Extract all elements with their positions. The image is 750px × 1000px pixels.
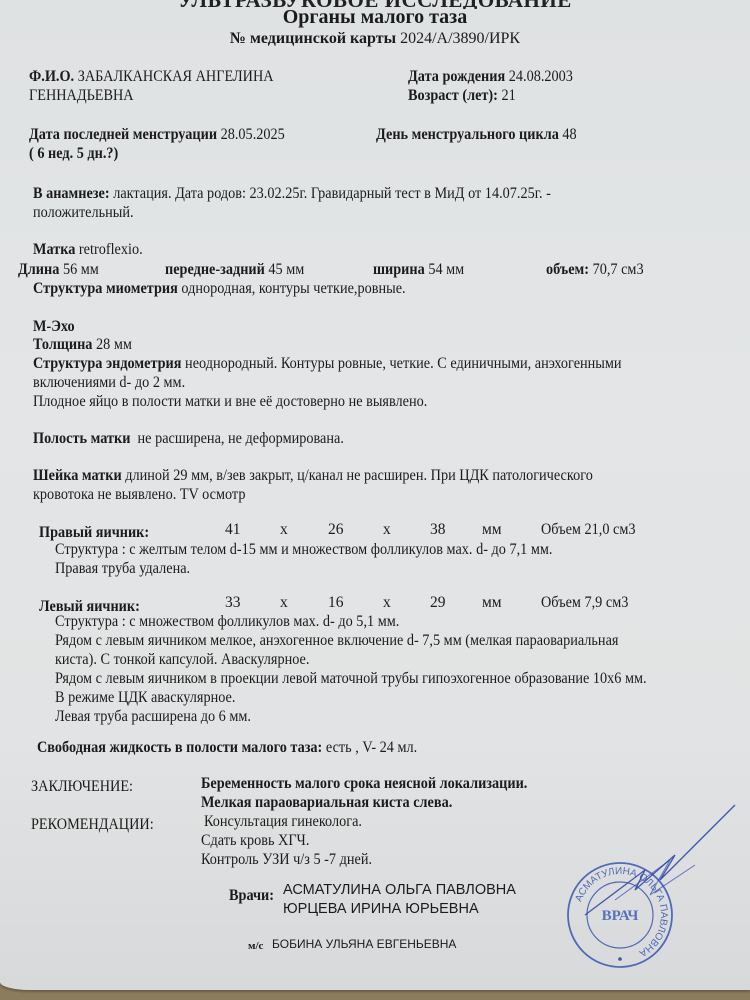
right-ovary-dim2: 26 <box>328 521 344 539</box>
thickness-label: Толщина <box>33 336 92 353</box>
left-ovary-x2: x <box>383 594 391 612</box>
left-ovary-unit: мм <box>482 594 502 612</box>
report-page: УЛЬТРАЗВУКОВОЕ ИССЛЕДОВАНИЕ Органы малог… <box>0 0 750 990</box>
right-ovary-x2: x <box>383 521 391 539</box>
right-ovary-x1: x <box>280 521 288 539</box>
recommendations-label: РЕКОМЕНДАЦИИ: <box>31 816 154 834</box>
right-ovary-structure: Структура : с желтым телом d-15 мм и мно… <box>55 541 552 559</box>
left-ovary-note-5: Левая труба расширена до 6 мм. <box>55 708 251 726</box>
anamnesis-line-1: В анамнезе: лактация. Дата родов: 23.02.… <box>33 185 551 203</box>
myometrium-value: однородная, контуры четкие,ровные. <box>181 280 405 297</box>
left-ovary-structure: Структура : с множеством фолликулов мах.… <box>55 613 399 631</box>
uterus-label: Матка <box>33 241 75 258</box>
card-number-line: № медицинской карты 2024/А/3890/ИРК <box>0 30 750 48</box>
dob-value: 24.08.2003 <box>509 68 573 85</box>
card-label: № медицинской карты <box>230 30 396 47</box>
endometrium-line-2: включениями d- до 2 мм. <box>33 374 185 392</box>
signature-icon <box>575 800 750 920</box>
nurse-name: БОБИНА УЛЬЯНА ЕВГЕНЬЕВНА <box>272 935 456 953</box>
cavity-value: не расширена, не деформирована. <box>138 430 344 447</box>
recommendation-item: Контроль УЗИ ч/з 5 -7 дней. <box>201 851 372 869</box>
cervix-line-2: кровотока не выявлено. TV осмотр <box>33 486 245 504</box>
right-ovary-volume: Объем 21,0 см3 <box>541 521 636 539</box>
anamnesis-text: лактация. Дата родов: 23.02.25г. Гравида… <box>113 185 551 202</box>
age-value: 21 <box>501 87 515 104</box>
myometrium-label: Структура миометрия <box>33 280 178 297</box>
endometrium-line-1: Структура эндометрия неоднородный. Конту… <box>33 355 622 373</box>
free-fluid-label: Свободная жидкость в полости малого таза… <box>37 739 322 756</box>
card-number: 2024/А/3890/ИРК <box>400 30 520 47</box>
dob-row: Дата рождения 24.08.2003 <box>408 68 573 86</box>
length-value: 56 мм <box>63 261 99 278</box>
left-ovary-dim3: 29 <box>430 594 446 612</box>
lmp-row: Дата последней менструации 28.05.2025 <box>29 126 285 144</box>
ovum-note: Плодное яйцо в полости матки и вне её до… <box>33 393 427 411</box>
age-row: Возраст (лет): 21 <box>408 87 516 105</box>
ap-label: передне-задний <box>165 261 265 278</box>
lmp-label: Дата последней менструации <box>29 126 217 143</box>
thickness-value: 28 мм <box>96 336 132 353</box>
free-fluid-row: Свободная жидкость в полости малого таза… <box>37 739 417 757</box>
left-ovary-note-3: Рядом с левым яичником в проекции левой … <box>55 670 647 688</box>
cavity-label: Полость матки <box>33 430 130 447</box>
patient-name-row: Ф.И.О. ЗАБАЛКАНСКАЯ АНГЕЛИНА <box>29 68 274 86</box>
uterus-length: Длина 56 мм <box>18 261 99 279</box>
uterus-row: Матка retroflexio. <box>33 241 143 259</box>
uterus-ap: передне-задний 45 мм <box>165 261 304 279</box>
right-ovary-dim3: 38 <box>430 521 446 539</box>
right-tube-note: Правая труба удалена. <box>55 560 190 578</box>
left-ovary-dim1: 33 <box>225 594 241 612</box>
myometrium-row: Структура миометрия однородная, контуры … <box>33 280 406 298</box>
m-echo-label: М-Эхо <box>33 318 75 336</box>
left-ovary-note-2: киста). С тонкой капсулой. Аваскулярное. <box>55 651 309 669</box>
volume-label: объем: <box>546 261 589 278</box>
left-ovary-note-4: В режиме ЦДК аваскулярное. <box>55 689 235 707</box>
term-estimate: ( 6 нед. 5 дн.?) <box>29 145 118 163</box>
age-label: Возраст (лет): <box>408 87 498 104</box>
left-ovary-volume: Объем 7,9 см3 <box>541 594 628 612</box>
endometrium-label: Структура эндометрия <box>33 355 181 372</box>
volume-value: 70,7 см3 <box>593 261 644 278</box>
cervix-text: длиной 29 мм, в/зев закрыт, ц/канал не р… <box>125 467 593 484</box>
report-title: Органы малого таза <box>0 8 750 26</box>
dob-label: Дата рождения <box>408 68 505 85</box>
cycle-day-value: 48 <box>562 126 576 143</box>
uterus-position: retroflexio. <box>79 241 143 258</box>
cavity-row: Полость матки не расширена, не деформиро… <box>33 430 344 448</box>
patient-name-2: ГЕННАДЬЕВНА <box>29 87 134 105</box>
anamnesis-label: В анамнезе: <box>33 185 110 202</box>
recommendation-item: Сдать кровь ХГЧ. <box>201 832 309 850</box>
uterus-width: ширина 54 мм <box>373 261 464 279</box>
nurse-label: м/с <box>248 937 263 955</box>
conclusion-label: ЗАКЛЮЧЕНИЕ: <box>31 778 133 796</box>
uterus-volume: объем: 70,7 см3 <box>546 261 644 279</box>
free-fluid-value: есть , V- 24 мл. <box>326 739 417 756</box>
left-ovary-x1: x <box>280 594 288 612</box>
endometrium-text: неоднородный. Контуры ровные, четкие. С … <box>185 355 621 372</box>
length-label: Длина <box>18 261 59 278</box>
cervix-label: Шейка матки <box>33 467 122 484</box>
doctors-label: Врачи: <box>229 887 274 905</box>
ap-value: 45 мм <box>268 261 304 278</box>
right-ovary-label: Правый яичник: <box>39 524 149 542</box>
conclusion-line-1: Беременность малого срока неясной локали… <box>201 775 527 793</box>
width-label: ширина <box>373 261 425 278</box>
lmp-value: 28.05.2025 <box>221 126 285 143</box>
name-label: Ф.И.О. <box>29 68 74 85</box>
doctor-name-1: АСМАТУЛИНА ОЛЬГА ПАВЛОВНА <box>283 881 516 899</box>
width-value: 54 мм <box>428 261 464 278</box>
right-ovary-dim1: 41 <box>225 521 241 539</box>
right-ovary-unit: мм <box>482 521 502 539</box>
anamnesis-line-2: положительный. <box>33 204 134 222</box>
patient-name-1: ЗАБАЛКАНСКАЯ АНГЕЛИНА <box>78 68 274 85</box>
cycle-day-row: День менструального цикла 48 <box>376 126 577 144</box>
cervix-line-1: Шейка матки длиной 29 мм, в/зев закрыт, … <box>33 467 593 485</box>
left-ovary-dim2: 16 <box>328 594 344 612</box>
conclusion-line-2: Мелкая параовариальная киста слева. <box>201 794 452 812</box>
recommendation-item: Консультация гинеколога. <box>204 813 362 831</box>
doctor-name-2: ЮРЦЕВА ИРИНА ЮРЬЕВНА <box>283 900 479 918</box>
cycle-day-label: День менструального цикла <box>376 126 559 143</box>
left-ovary-note-1: Рядом с левым яичником мелкое, анэхогенн… <box>55 632 618 650</box>
thickness-row: Толщина 28 мм <box>33 336 132 354</box>
